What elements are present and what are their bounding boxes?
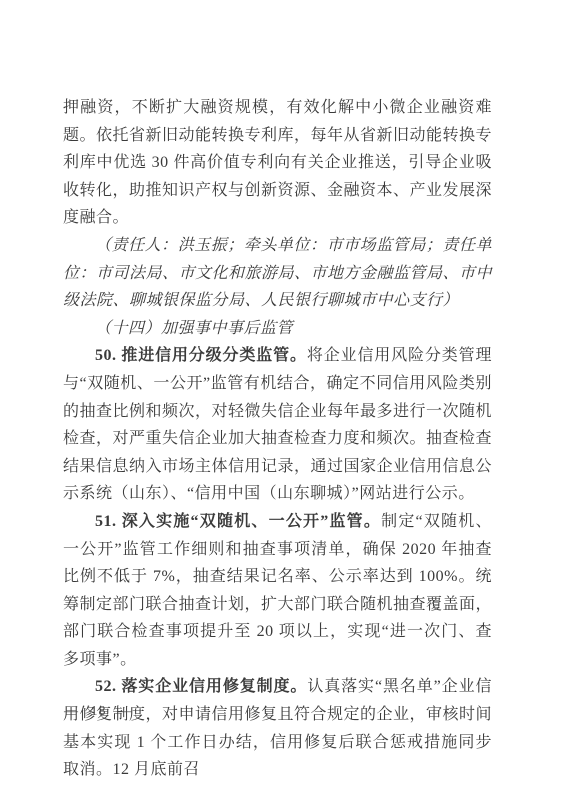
numbered-item-52: 52. 落实企业信用修复制度。认真落实“黑名单”企业信用修复制度，对申请信用修复… xyxy=(63,673,492,783)
page-number: — 18 — xyxy=(64,704,133,720)
document-page: 押融资，不断扩大融资规模，有效化解中小微企业融资难题。依托省新旧动能转换专利库，… xyxy=(0,0,566,800)
item-50-text: 将企业信用风险分类管理与“双随机、一公开”监管有机结合，确定不同信用风险类别的抽… xyxy=(63,347,492,502)
numbered-item-51: 51. 深入实施“双随机、一公开”监管。制定“双随机、一公开”监管工作细则和抽查… xyxy=(63,508,492,674)
page-body: 押融资，不断扩大融资规模，有效化解中小微企业融资难题。依托省新旧动能转换专利库，… xyxy=(63,94,492,784)
item-51-lead: 51. 深入实施“双随机、一公开”监管。 xyxy=(95,513,381,530)
responsibility-note: （责任人：洪玉振；牵头单位：市市场监管局；责任单位：市司法局、市文化和旅游局、市… xyxy=(63,232,492,315)
item-51-text: 制定“双随机、一公开”监管工作细则和抽查事项清单，确保 2020 年抽查比例不低… xyxy=(63,513,492,668)
item-52-lead: 52. 落实企业信用修复制度。 xyxy=(95,678,307,695)
item-50-lead: 50. 推进信用分级分类监管。 xyxy=(95,347,307,364)
section-heading: （十四）加强事中事后监管 xyxy=(63,315,492,343)
numbered-item-50: 50. 推进信用分级分类监管。将企业信用风险分类管理与“双随机、一公开”监管有机… xyxy=(63,342,492,508)
paragraph-continuation: 押融资，不断扩大融资规模，有效化解中小微企业融资难题。依托省新旧动能转换专利库，… xyxy=(63,94,492,232)
